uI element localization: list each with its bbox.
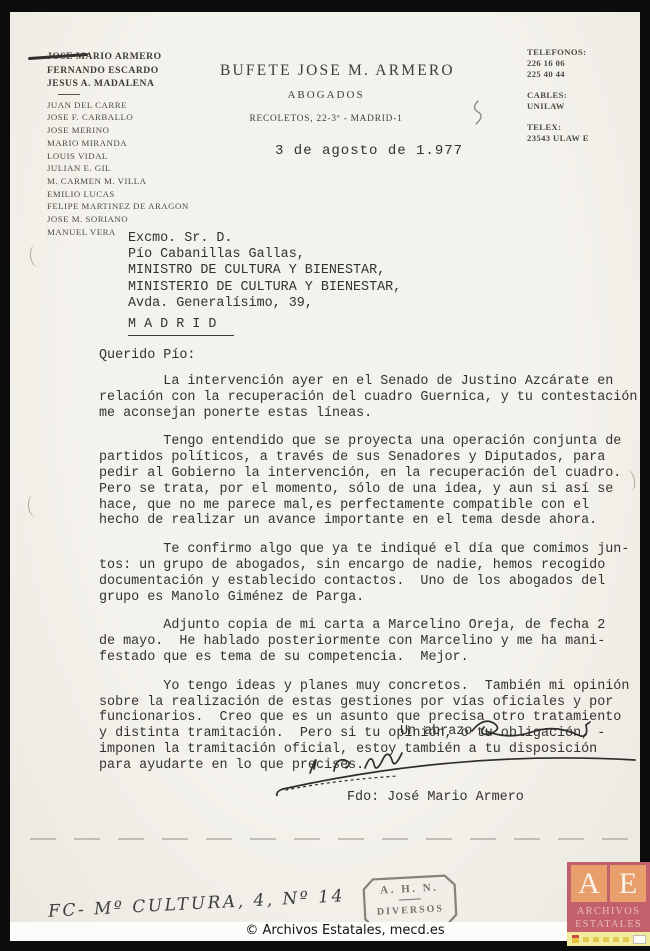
firm-profession: ABOGADOS bbox=[220, 89, 432, 101]
partner-name: EMILIO LUCAS bbox=[47, 188, 189, 201]
ink-mark bbox=[470, 100, 484, 126]
ae-word-archivos: ARCHIVOS bbox=[567, 906, 650, 917]
scanned-letter-page: JOSE MARIO ARMEROFERNANDO ESCARDOJESUS A… bbox=[0, 0, 650, 951]
contact-line: 225 40 44 bbox=[527, 69, 589, 80]
recipient-line: Excmo. Sr. D. bbox=[128, 231, 401, 247]
contact-line: TELEFONOS: bbox=[527, 47, 589, 58]
recipient-lines: Excmo. Sr. D.Pío Cabanillas Gallas,MINIS… bbox=[128, 231, 401, 312]
recipient-city: M A D R I D bbox=[128, 317, 234, 336]
partner-name: LOUIS VIDAL bbox=[47, 150, 189, 163]
partner-name: M. CARMEN M. VILLA bbox=[47, 175, 189, 188]
partner-name: JULIAN E. GIL bbox=[47, 162, 189, 175]
recipient-line: MINISTRO DE CULTURA Y BIENESTAR, bbox=[128, 263, 401, 279]
punch-mark bbox=[27, 494, 42, 517]
partner-name: JOSE M. SORIANO bbox=[47, 213, 189, 226]
footer-credit: © Archivos Estatales, mecd.es bbox=[10, 923, 640, 938]
partner-name: JOSE F. CARBALLO bbox=[47, 111, 189, 124]
letter-date: 3 de agosto de 1.977 bbox=[275, 143, 463, 159]
handwritten-signature bbox=[210, 718, 640, 796]
contact-group: TELEFONOS:226 16 06225 40 44 bbox=[527, 47, 589, 80]
partner-name: MARIO MIRANDA bbox=[47, 137, 189, 150]
recipient-line: MINISTERIO DE CULTURA Y BIENESTAR, bbox=[128, 280, 401, 296]
ae-letter-a: A bbox=[571, 865, 607, 902]
letter-paragraph: Te confirmo algo que ya te indiqué el dí… bbox=[99, 542, 640, 605]
recipient-line: Avda. Generalísimo, 39, bbox=[128, 296, 401, 312]
punch-mark bbox=[29, 244, 45, 268]
ahn-archive-stamp: A. H. N. DIVERSOS bbox=[362, 874, 459, 922]
contact-line: TELEX: bbox=[527, 122, 589, 133]
crest-icon bbox=[572, 935, 579, 943]
junior-partners: JUAN DEL CARREJOSE F. CARBALLOJOSE MERIN… bbox=[47, 99, 189, 239]
letter-paragraph: Adjunto copia de mi carta a Marcelino Or… bbox=[99, 618, 640, 665]
small-emblem-box bbox=[633, 935, 646, 944]
ae-word-estatales: ESTATALES bbox=[567, 919, 650, 930]
signature-name-line: Fdo: José Mario Armero bbox=[347, 790, 524, 805]
archivos-estatales-logo: A E ARCHIVOS ESTATALES bbox=[567, 862, 650, 946]
letter-paragraph: Tengo entendido que se proyecta una oper… bbox=[99, 434, 640, 529]
senior-partners: JOSE MARIO ARMEROFERNANDO ESCARDOJESUS A… bbox=[47, 50, 189, 91]
partners-list: JOSE MARIO ARMEROFERNANDO ESCARDOJESUS A… bbox=[47, 50, 189, 239]
recipient-block: Excmo. Sr. D.Pío Cabanillas Gallas,MINIS… bbox=[128, 231, 401, 336]
contact-line: 23543 ULAW E bbox=[527, 133, 589, 144]
partner-name: FELIPE MARTINEZ DE ARAGON bbox=[47, 200, 189, 213]
ae-logo-bottom-strip bbox=[567, 932, 650, 946]
firm-letterhead: BUFETE JOSE M. ARMERO ABOGADOS RECOLETOS… bbox=[220, 62, 432, 124]
contact-line: 226 16 06 bbox=[527, 58, 589, 69]
footer-strip: © Archivos Estatales, mecd.es bbox=[10, 922, 640, 941]
partner-name: JESUS A. MADALENA bbox=[47, 77, 189, 91]
partner-name: JOSE MERINO bbox=[47, 124, 189, 137]
ae-logo-tiles: A E bbox=[567, 862, 650, 902]
firm-name: BUFETE JOSE M. ARMERO bbox=[220, 62, 432, 80]
recipient-line: Pío Cabanillas Gallas, bbox=[128, 247, 401, 263]
partners-divider bbox=[58, 94, 80, 95]
contact-group: TELEX:23543 ULAW E bbox=[527, 122, 589, 144]
firm-address: RECOLETOS, 22-3º - MADRID-1 bbox=[220, 114, 432, 124]
ae-letter-e: E bbox=[610, 865, 646, 902]
letter-paragraph: La intervención ayer en el Senado de Jus… bbox=[99, 374, 640, 421]
contact-line: UNILAW bbox=[527, 101, 589, 112]
contact-block: TELEFONOS:226 16 06225 40 44CABLES:UNILA… bbox=[527, 47, 589, 154]
partner-name: JOSE MARIO ARMERO bbox=[47, 50, 189, 64]
partner-name: FERNANDO ESCARDO bbox=[47, 64, 189, 78]
partner-name: JUAN DEL CARRE bbox=[47, 99, 189, 112]
contact-group: CABLES:UNILAW bbox=[527, 90, 589, 112]
contact-line: CABLES: bbox=[527, 90, 589, 101]
paper-crease bbox=[30, 838, 630, 840]
decorative-dashes bbox=[583, 937, 629, 942]
letter-paper: JOSE MARIO ARMEROFERNANDO ESCARDOJESUS A… bbox=[10, 12, 640, 922]
salutation: Querido Pío: bbox=[99, 348, 195, 363]
